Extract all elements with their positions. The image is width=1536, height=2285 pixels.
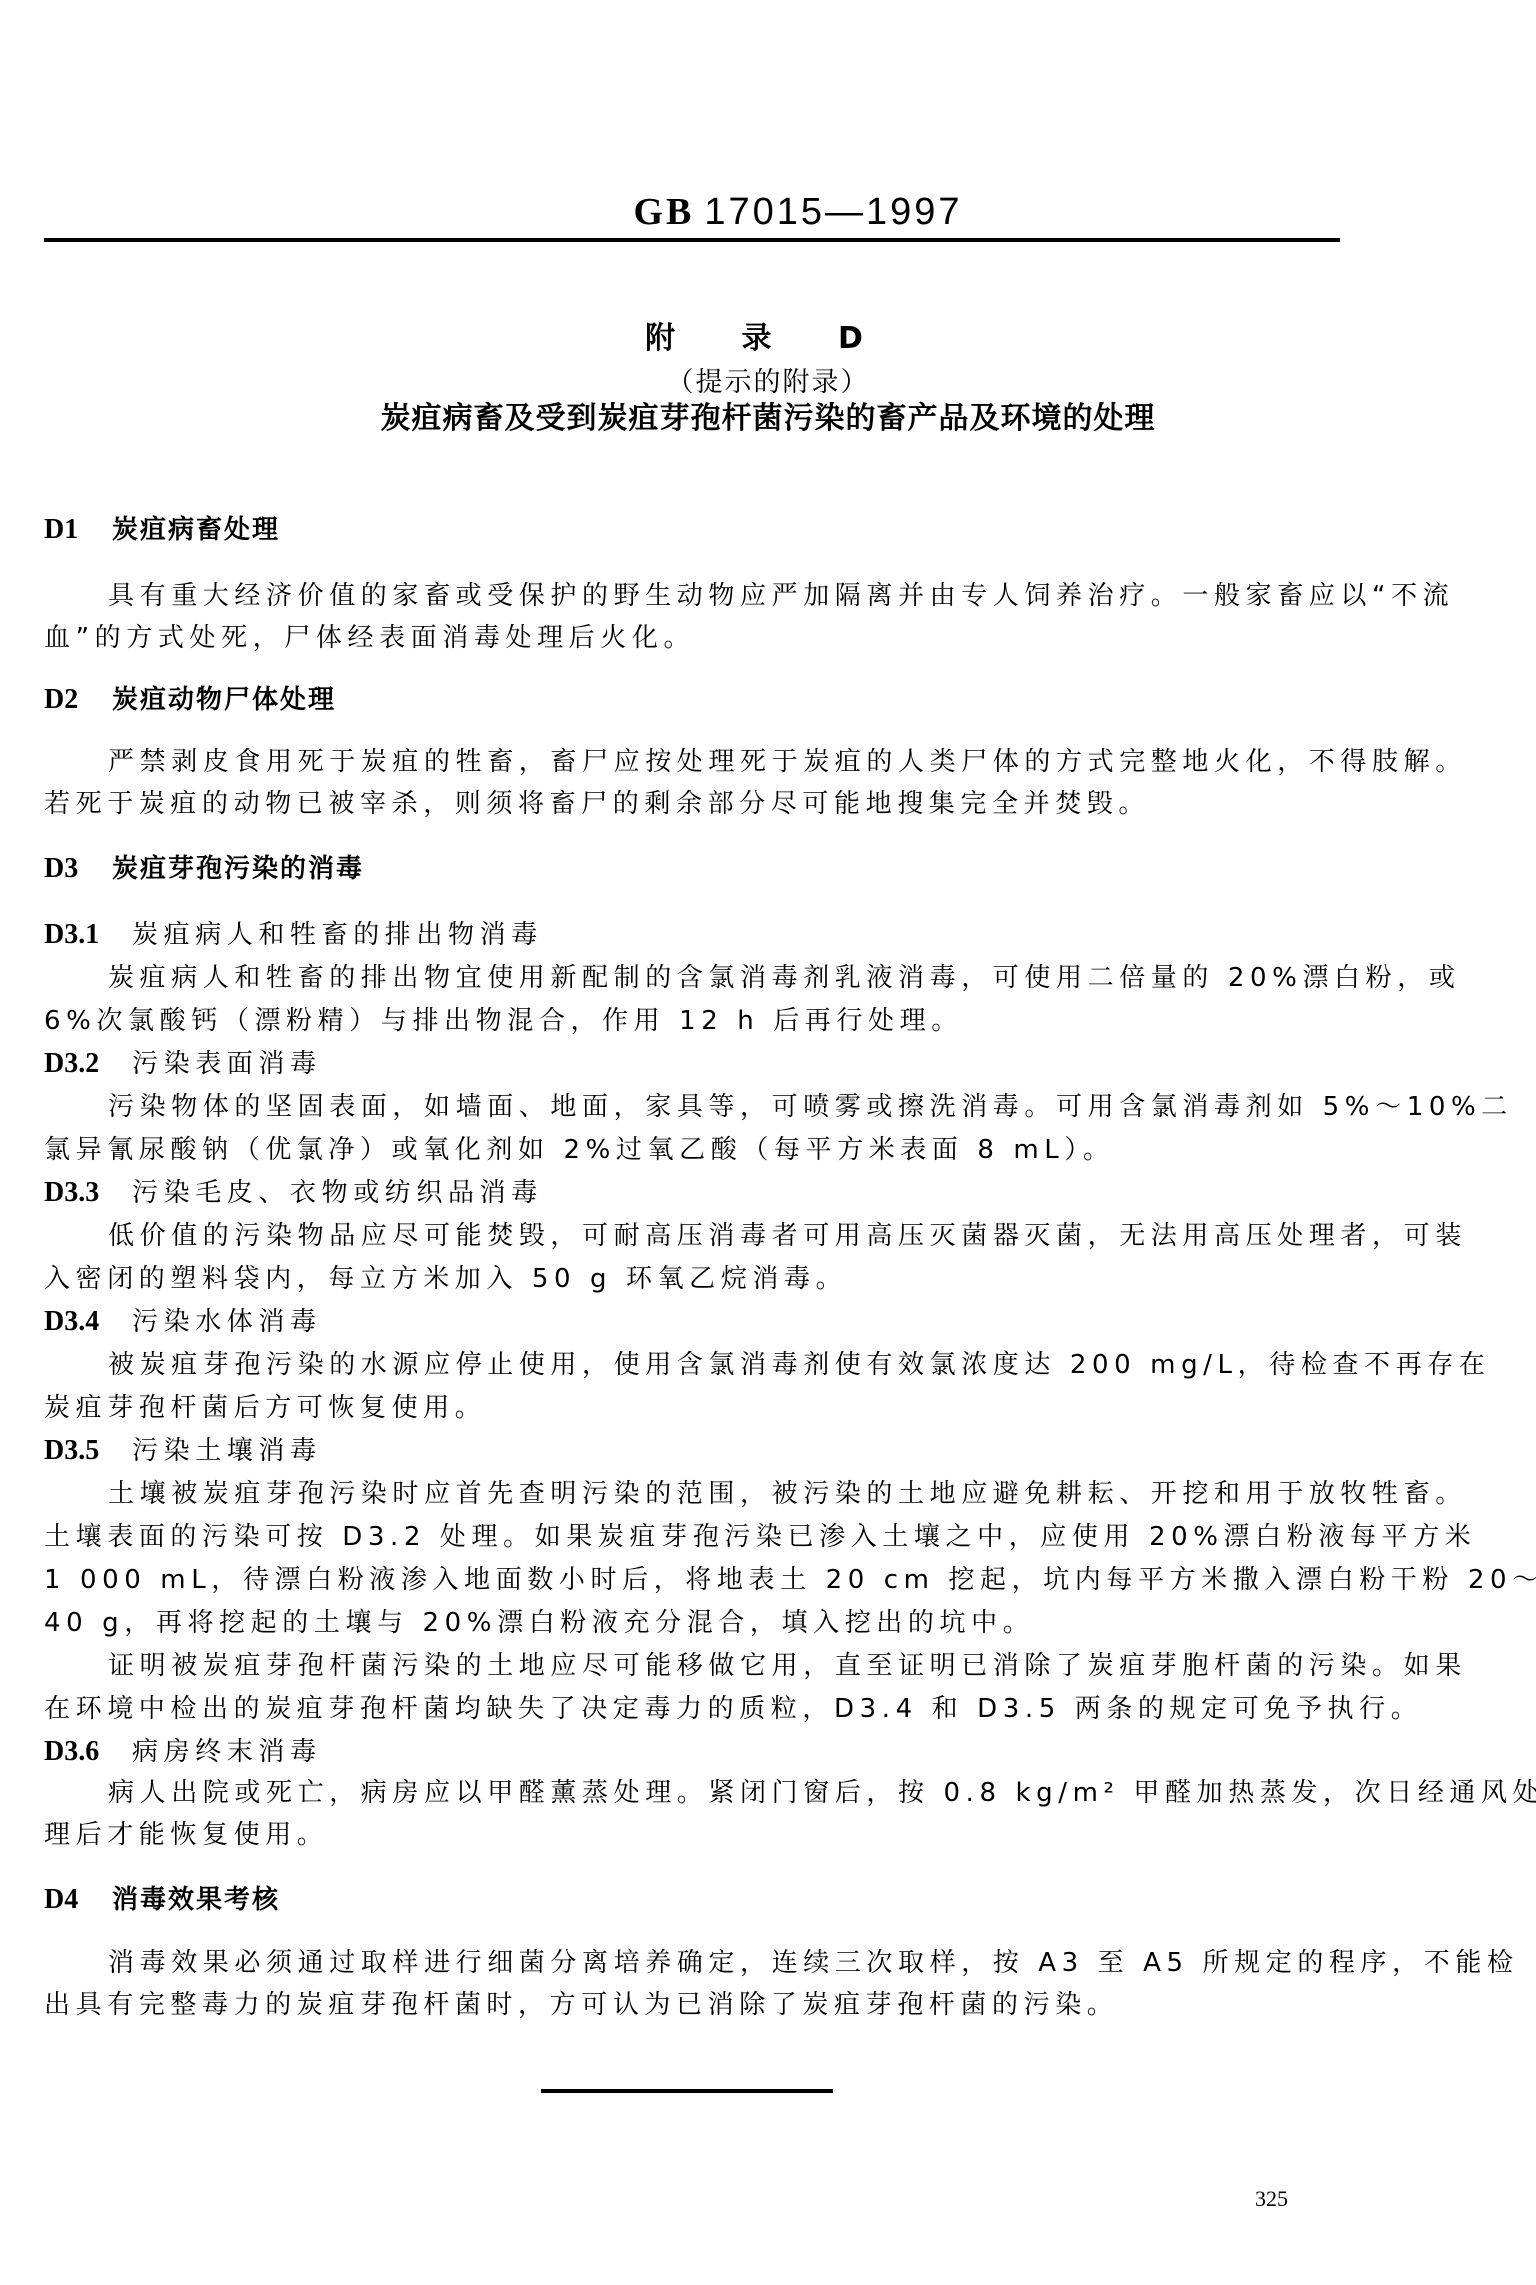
- subsection-number: D3.5: [44, 1434, 132, 1468]
- paragraph-line: 消毒效果必须通过取样进行细菌分离培养确定，连续三次取样，按 A3 至 A5 所规…: [108, 1946, 1408, 1980]
- subsection-number: D3.3: [44, 1176, 132, 1210]
- section-title: 炭疽动物尸体处理: [112, 685, 336, 715]
- section-title: 消毒效果考核: [112, 1885, 280, 1915]
- subsection-number: D3.1: [44, 918, 132, 952]
- section-number: D3: [44, 852, 112, 886]
- subsection-heading-d3-2: D3.2污染表面消毒: [44, 1047, 1344, 1081]
- paragraph-line: 土壤被炭疽芽孢污染时应首先查明污染的范围，被污染的土地应避免耕耘、开挖和用于放牧…: [108, 1477, 1408, 1511]
- section-title: 炭疽芽孢污染的消毒: [112, 854, 364, 884]
- subsection-title: 污染土壤消毒: [132, 1436, 322, 1466]
- section-number: D2: [44, 683, 112, 717]
- header-rule: [44, 238, 1340, 242]
- subsection-title: 病房终末消毒: [132, 1737, 322, 1767]
- subsection-heading-d3-3: D3.3污染毛皮、衣物或纺织品消毒: [44, 1176, 1344, 1210]
- paragraph-line: 入密闭的塑料袋内，每立方米加入 50 g 环氧乙烷消毒。: [44, 1262, 1344, 1296]
- section-number: D1: [44, 513, 112, 547]
- paragraph-line: 理后才能恢复使用。: [44, 1818, 1344, 1852]
- subsection-heading-d3-6: D3.6病房终末消毒: [44, 1735, 1344, 1769]
- paragraph-line: 氯异氰尿酸钠（优氯净）或氧化剂如 2%过氧乙酸（每平方米表面 8 mL）。: [44, 1133, 1344, 1167]
- paragraph-line: 炭疽芽孢杆菌后方可恢复使用。: [44, 1391, 1344, 1425]
- section-heading-d3: D3炭疽芽孢污染的消毒: [44, 852, 1344, 886]
- page-number: 325: [1255, 2186, 1288, 2212]
- appendix-title: 附 录 D: [0, 313, 1536, 357]
- paragraph-line: 1 000 mL，待漂白粉液渗入地面数小时后，将地表土 20 cm 挖起，坑内每…: [44, 1563, 1344, 1597]
- standard-number: 17015—1997: [704, 191, 962, 233]
- paragraph-line: 若死于炭疽的动物已被宰杀，则须将畜尸的剩余部分尽可能地搜集完全并焚毁。: [44, 787, 1344, 821]
- paragraph-line: 具有重大经济价值的家畜或受保护的野生动物应严加隔离并由专人饲养治疗。一般家畜应以…: [108, 579, 1408, 613]
- paragraph-line: 6%次氯酸钙（漂粉精）与排出物混合，作用 12 h 后再行处理。: [44, 1004, 1344, 1038]
- subsection-title: 炭疽病人和牲畜的排出物消毒: [132, 920, 543, 950]
- paragraph-line: 低价值的污染物品应尽可能焚毁，可耐高压消毒者可用高压灭菌器灭菌，无法用高压处理者…: [108, 1219, 1408, 1253]
- appendix-main-title: 炭疽病畜及受到炭疽芽孢杆菌污染的畜产品及环境的处理: [0, 393, 1536, 437]
- section-heading-d1: D1炭疽病畜处理: [44, 513, 1344, 547]
- paragraph-line: 土壤表面的污染可按 D3.2 处理。如果炭疽芽孢污染已渗入土壤之中，应使用 20…: [44, 1520, 1344, 1554]
- paragraph-line: 被炭疽芽孢污染的水源应停止使用，使用含氯消毒剂使有效氯浓度达 200 mg/L，…: [108, 1348, 1408, 1382]
- section-heading-d4: D4消毒效果考核: [44, 1883, 1344, 1917]
- paragraph-line: 出具有完整毒力的炭疽芽孢杆菌时，方可认为已消除了炭疽芽孢杆菌的污染。: [44, 1988, 1344, 2022]
- paragraph-line: 在环境中检出的炭疽芽孢杆菌均缺失了决定毒力的质粒，D3.4 和 D3.5 两条的…: [44, 1692, 1344, 1726]
- subsection-title: 污染毛皮、衣物或纺织品消毒: [132, 1178, 543, 1208]
- section-heading-d2: D2炭疽动物尸体处理: [44, 683, 1344, 717]
- subsection-title: 污染表面消毒: [132, 1049, 322, 1079]
- subsection-number: D3.6: [44, 1735, 132, 1769]
- subsection-number: D3.2: [44, 1047, 132, 1081]
- paragraph-line: 炭疽病人和牲畜的排出物宜使用新配制的含氯消毒剂乳液消毒，可使用二倍量的 20%漂…: [108, 961, 1408, 995]
- paragraph-line: 病人出院或死亡，病房应以甲醛薰蒸处理。紧闭门窗后，按 0.8 kg/m² 甲醛加…: [108, 1776, 1408, 1810]
- subsection-heading-d3-1: D3.1炭疽病人和牲畜的排出物消毒: [44, 918, 1344, 952]
- subsection-title: 污染水体消毒: [132, 1307, 322, 1337]
- subsection-heading-d3-4: D3.4污染水体消毒: [44, 1305, 1344, 1339]
- document-page: GB17015—1997 附 录 D （提示的附录） 炭疽病畜及受到炭疽芽孢杆菌…: [0, 0, 1536, 2285]
- paragraph-line: 40 g，再将挖起的土壤与 20%漂白粉液充分混合，填入挖出的坑中。: [44, 1606, 1344, 1640]
- subsection-heading-d3-5: D3.5污染土壤消毒: [44, 1434, 1344, 1468]
- standard-header: GB17015—1997: [0, 190, 1536, 234]
- paragraph-line: 污染物体的坚固表面，如墙面、地面，家具等，可喷雾或擦洗消毒。可用含氯消毒剂如 5…: [108, 1090, 1408, 1124]
- end-rule: [541, 2089, 833, 2093]
- section-number: D4: [44, 1883, 112, 1917]
- paragraph-line: 证明被炭疽芽孢杆菌污染的土地应尽可能移做它用，直至证明已消除了炭疽芽胞杆菌的污染…: [108, 1649, 1408, 1683]
- standard-prefix: GB: [633, 191, 694, 233]
- paragraph-line: 血”的方式处死，尸体经表面消毒处理后火化。: [44, 621, 1344, 655]
- section-title: 炭疽病畜处理: [112, 515, 280, 545]
- subsection-number: D3.4: [44, 1305, 132, 1339]
- paragraph-line: 严禁剥皮食用死于炭疽的牲畜，畜尸应按处理死于炭疽的人类尸体的方式完整地火化，不得…: [108, 745, 1408, 779]
